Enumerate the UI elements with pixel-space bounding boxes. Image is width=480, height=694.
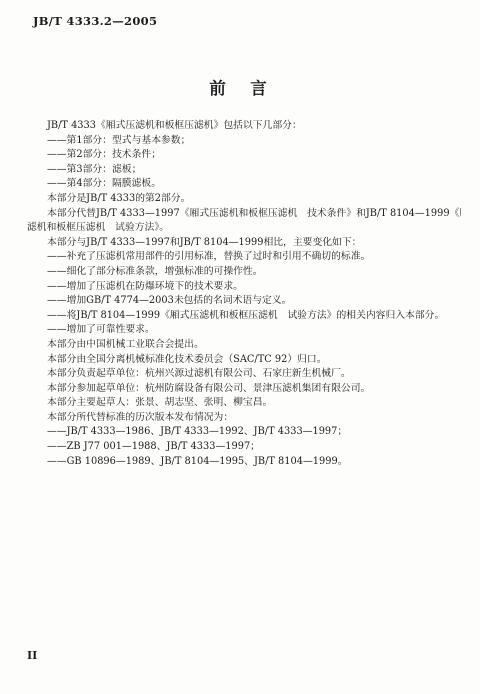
text-line: 本部分代替JB/T 4333—1997《厢式压滤机和板框压滤机 技术条件》和JB… (27, 207, 461, 222)
page-title: 前 言 (0, 75, 480, 99)
text-line: ——增加GB/T 4774—2003未包括的名词术语与定义。 (27, 294, 461, 309)
text-line: ——增加了压滤机在防爆环境下的技术要求。 (27, 280, 461, 295)
text-line: ——第4部分：隔膜滤板。 (27, 177, 461, 192)
text-line: ——GB 10896—1989、JB/T 8104—1995、JB/T 8104… (27, 455, 461, 470)
text-line: 本部分由中国机械工业联合会提出。 (27, 338, 461, 353)
text-line: ——将JB/T 8104—1999《厢式压滤机和板框压滤机 试验方法》的相关内容… (27, 309, 461, 324)
text-line: 本部分所代替标准的历次版本发布情况为： (27, 411, 461, 426)
text-line: ——第2部分：技术条件； (27, 148, 461, 163)
document-page: JB/T 4333.2—2005 前 言 JB/T 4333《厢式压滤机和板框压… (0, 0, 480, 694)
text-line: JB/T 4333《厢式压滤机和板框压滤机》包括以下几部分： (27, 119, 461, 134)
text-line: ——ZB J77 001—1988、JB/T 4333—1997； (27, 440, 461, 455)
text-line: ——细化了部分标准条款，增强标准的可操作性。 (27, 265, 461, 280)
body-text: JB/T 4333《厢式压滤机和板框压滤机》包括以下几部分：——第1部分：型式与… (27, 119, 461, 469)
text-line: ——第1部分：型式与基本参数； (27, 134, 461, 149)
text-line: 本部分由全国分离机械标准化技术委员会（SAC/TC 92）归口。 (27, 353, 461, 368)
standard-number: JB/T 4333.2—2005 (33, 14, 157, 28)
text-line: 本部分参加起草单位：杭州防腐设备有限公司、景津压滤机集团有限公司。 (27, 382, 461, 397)
text-line: ——补充了压滤机常用部件的引用标准，替换了过时和引用不确切的标准。 (27, 250, 461, 265)
text-line: 本部分与JB/T 4333—1997和JB/T 8104—1999相比，主要变化… (27, 236, 461, 251)
text-line: ——JB/T 4333—1986、JB/T 4333—1992、JB/T 433… (27, 425, 461, 440)
text-line: 滤机和板框压滤机 试验方法》。 (27, 221, 461, 236)
page-number: II (27, 649, 37, 662)
text-line: 本部分是JB/T 4333的第2部分。 (27, 192, 461, 207)
text-line: ——第3部分：滤板； (27, 163, 461, 178)
text-line: 本部分负责起草单位：杭州兴源过滤机有限公司、石家庄新生机械厂。 (27, 367, 461, 382)
text-line: 本部分主要起草人：张景、胡志坚、张明、柳宝昌。 (27, 396, 461, 411)
text-line: ——增加了可靠性要求。 (27, 323, 461, 338)
